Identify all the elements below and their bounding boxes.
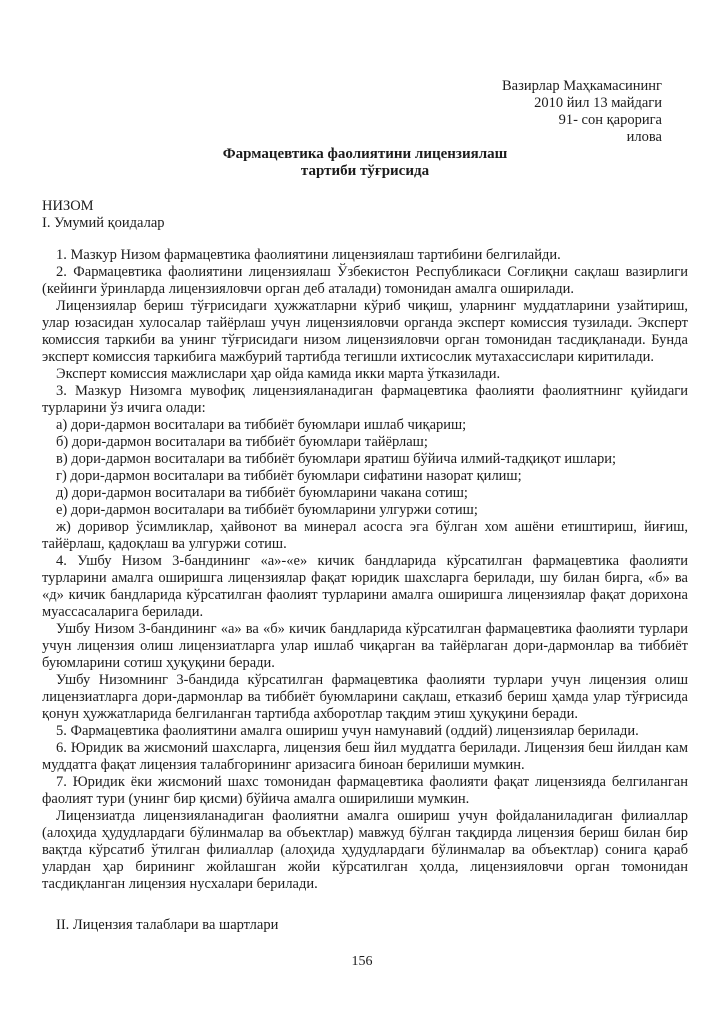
document-title: Фармацевтика фаолиятини лицензиялаш тарт… <box>42 146 688 180</box>
clause-4-storage-right: Ушбу Низомнинг 3-бандида кўрсатилган фар… <box>42 672 688 723</box>
clause-2-commission-meetings: Эксперт комиссия мажлислари ҳар ойда кам… <box>42 366 688 383</box>
clause-1: 1. Мазкур Низом фармацевтика фаолиятини … <box>42 247 688 264</box>
list-item-a: а) дори-дармон воситалари ва тиббиёт бую… <box>42 417 688 434</box>
approval-header: Вазирлар Маҳкамасининг 2010 йил 13 майда… <box>42 78 662 146</box>
document-page: Вазирлар Маҳкамасининг 2010 йил 13 майда… <box>0 0 724 1024</box>
clause-4: 4. Ушбу Низом 3-бандининг «а»-«е» кичик … <box>42 553 688 621</box>
clause-2-expert-commission: Лицензиялар бериш тўғрисидаги ҳужжатларн… <box>42 298 688 366</box>
list-item-v: в) дори-дармон воситалари ва тиббиёт бую… <box>42 451 688 468</box>
section-ii-heading: II. Лицензия талаблари ва шартлари <box>42 917 688 934</box>
clause-5: 5. Фармацевтика фаолиятини амалга ошириш… <box>42 723 688 740</box>
list-item-d: д) дори-дармон воситалари ва тиббиёт бую… <box>42 485 688 502</box>
clause-4-sales-right: Ушбу Низом 3-бандининг «а» ва «б» кичик … <box>42 621 688 672</box>
approval-header-line: 91- сон қарорига <box>42 112 662 129</box>
document-title-line-2: тартиби тўғрисида <box>42 163 688 180</box>
list-item-zh: ж) доривор ўсимликлар, ҳайвонот ва минер… <box>42 519 688 553</box>
approval-header-line: 2010 йил 13 майдаги <box>42 95 662 112</box>
document-title-line-1: Фармацевтика фаолиятини лицензиялаш <box>42 146 688 163</box>
list-item-b: б) дори-дармон воситалари ва тиббиёт бую… <box>42 434 688 451</box>
clause-7-branches: Лицензиатда лицензияланадиган фаолиятни … <box>42 808 688 893</box>
document-body: 1. Мазкур Низом фармацевтика фаолиятини … <box>42 247 688 893</box>
approval-header-line: илова <box>42 129 662 146</box>
list-item-g: г) дори-дармон воситалари ва тиббиёт бую… <box>42 468 688 485</box>
clause-3: 3. Мазкур Низомга мувофиқ лицензияланади… <box>42 383 688 417</box>
page-number: 156 <box>0 953 724 970</box>
approval-header-line: Вазирлар Маҳкамасининг <box>42 78 662 95</box>
list-item-e: е) дори-дармон воситалари ва тиббиёт бую… <box>42 502 688 519</box>
nizom-label: НИЗОМ <box>42 198 688 215</box>
clause-2: 2. Фармацевтика фаолиятини лицензиялаш Ў… <box>42 264 688 298</box>
clause-6: 6. Юридик ва жисмоний шахсларга, лицензи… <box>42 740 688 774</box>
section-i-heading: I. Умумий қоидалар <box>42 215 688 232</box>
clause-7: 7. Юридик ёки жисмоний шахс томонидан фа… <box>42 774 688 808</box>
